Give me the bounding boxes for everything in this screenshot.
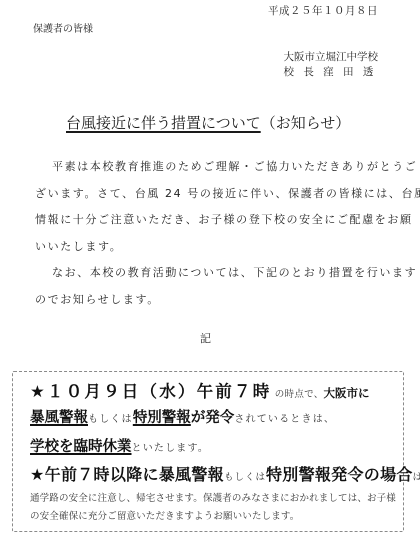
document-title: 台風接近に伴う措置について（お知らせ）	[66, 112, 350, 133]
school-closure: 学校を臨時休業	[30, 439, 132, 455]
notice-line-3: 学校を臨時休業といたします。	[30, 435, 209, 456]
body-line: 情報に十分ご注意いただき、お子様の登下校の安全にご配慮をお願	[35, 207, 385, 234]
body-line: のでお知らせします。	[35, 287, 385, 314]
notice-line-5: 通学路の安全に注意し、帰宅させます。保護者のみなさまにおかれましては、お子様	[30, 490, 396, 504]
special-warning-case: 特別警報発令の場合	[266, 465, 413, 484]
notice-line-2: 暴風警報もしくは特別警報が発令されているときは、	[30, 406, 335, 427]
body-line: いいたします。	[35, 234, 385, 261]
special-warning: 特別警報	[133, 410, 191, 426]
notice-datetime: ★１０月９日（水）午前７時	[30, 382, 271, 401]
sender-block: 大阪市立堀江中学校 校 長 窪 田 透	[284, 50, 379, 80]
body-line: 平素は本校教育推進のためご理解・ご協力いただきありがとうご	[35, 154, 385, 181]
issued-text: が発令	[191, 410, 235, 426]
notice-line-4: ★午前７時以降に暴風警報もしくは特別警報発令の場合は、	[30, 462, 420, 485]
notice-box: ★１０月９日（水）午前７時 の時点で、大阪市に 暴風警報もしくは特別警報が発令さ…	[12, 371, 404, 532]
principal-name: 校 長 窪 田 透	[284, 65, 379, 80]
notice-text: もしくは	[88, 414, 133, 425]
notice-text: もしくは	[224, 472, 266, 483]
document-date: 平成２５年１０月８日	[268, 3, 378, 18]
title-main: 台風接近に伴う措置について	[66, 114, 261, 132]
body-paragraphs: 平素は本校教育推進のためご理解・ご協力いただきありがとうご ざいます。さて、台風…	[35, 154, 385, 313]
notice-line-1: ★１０月９日（水）午前７時 の時点で、大阪市に	[30, 378, 370, 402]
storm-warning: 暴風警報	[30, 410, 88, 426]
notice-text: は、	[413, 472, 420, 483]
after-7am-condition: ★午前７時以降に暴風警報	[30, 465, 224, 484]
notice-line-6: の安全確保に充分ご留意いただきますようお願いいたします。	[30, 508, 299, 522]
notice-place: 大阪市に	[324, 386, 370, 400]
notice-text: といたします。	[132, 443, 210, 454]
school-name: 大阪市立堀江中学校	[284, 50, 379, 65]
notice-text: されているときは、	[234, 414, 335, 425]
body-line: ざいます。さて、台風 24 号の接近に伴い、保護者の皆様には、台風	[35, 181, 385, 208]
title-suffix: （お知らせ）	[261, 114, 351, 132]
ki-heading: 記	[200, 330, 211, 346]
notice-text: の時点で、	[271, 389, 323, 400]
addressee: 保護者の皆様	[33, 20, 93, 35]
body-line: なお、本校の教育活動については、下記のとおり措置を行います	[35, 260, 385, 287]
